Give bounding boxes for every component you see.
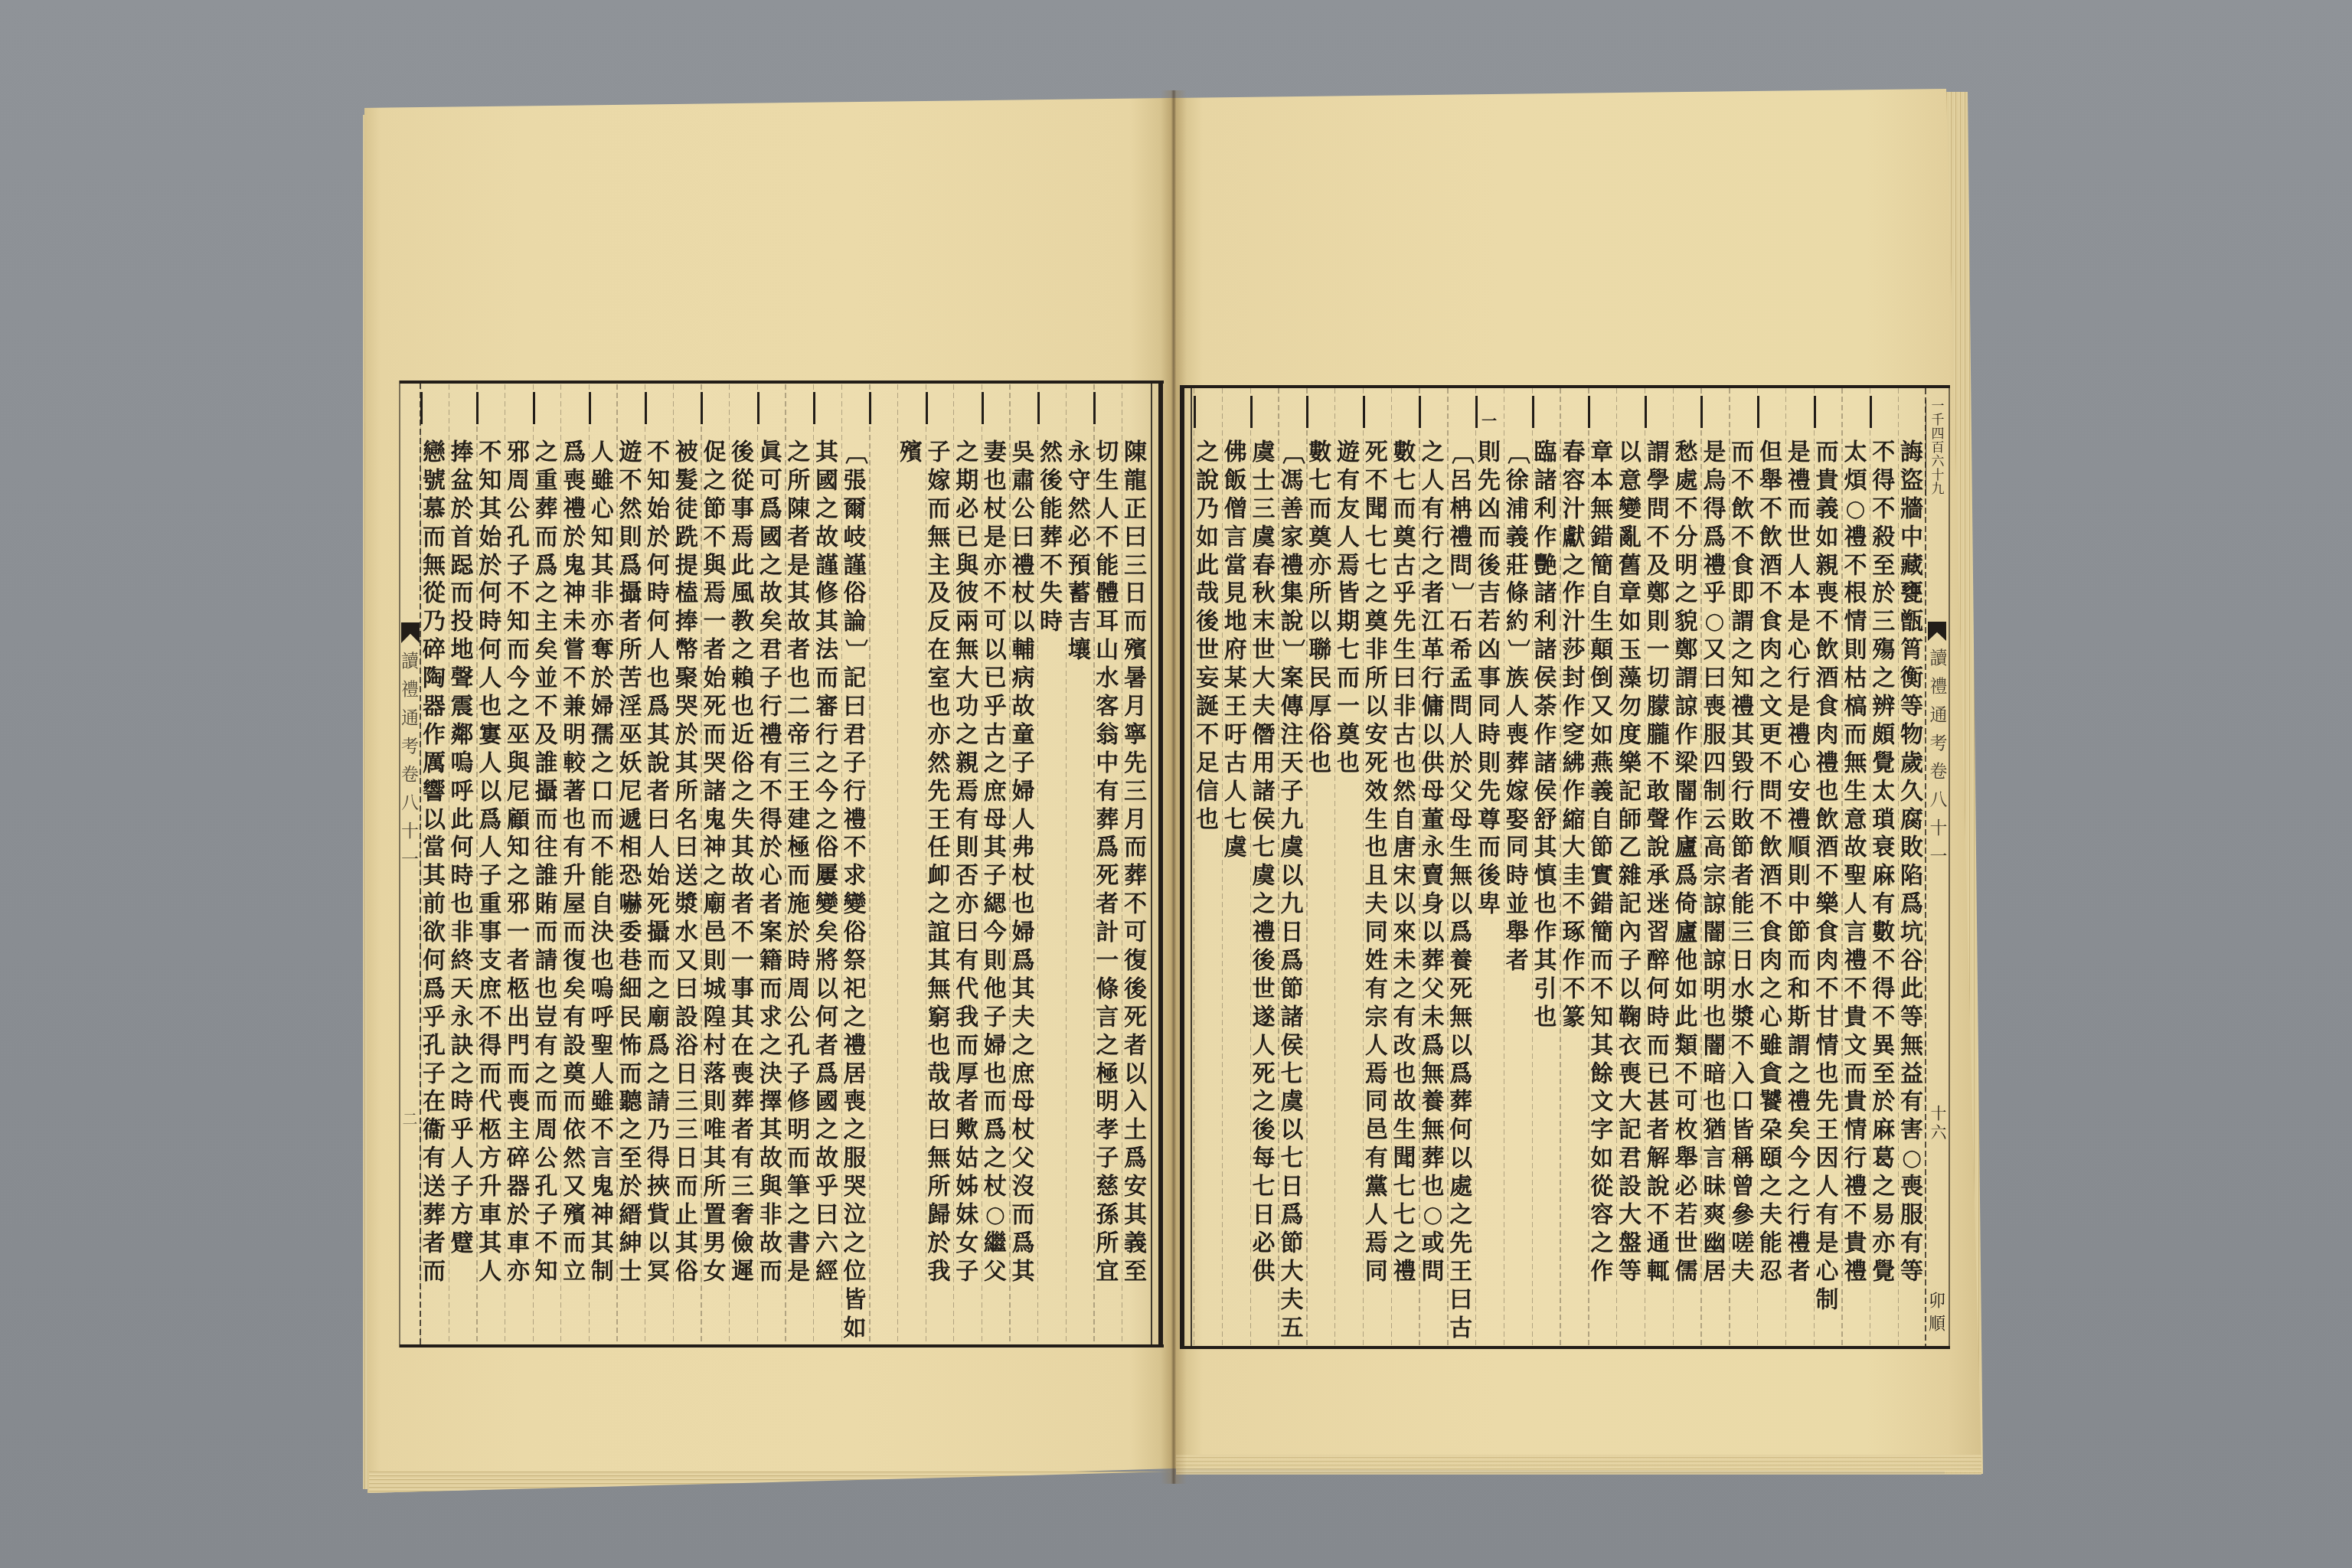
glyph: 於 [785, 919, 813, 947]
glyph: 母 [981, 806, 1009, 835]
glyph: 曰 [672, 975, 701, 1004]
glyph: 止 [672, 1201, 701, 1230]
glyph: 安 [1785, 778, 1813, 806]
glyph: 庶 [1009, 1060, 1037, 1089]
glyph: 人 [645, 636, 673, 665]
glyph: 枚 [1672, 1116, 1700, 1145]
glyph: 慎 [1531, 862, 1560, 890]
glyph: 聯 [1306, 636, 1334, 665]
glyph: 信 [1194, 778, 1222, 806]
glyph: 巫 [505, 721, 533, 750]
glyph: 七 [1390, 467, 1419, 495]
glyph: 記 [841, 665, 869, 693]
glyph: 有 [420, 1145, 449, 1173]
text-column: 不得不殺至於三殤之辨頗覺太瑣衰麻有數不得不異至於麻葛之易亦覺 [1870, 439, 1898, 1354]
glyph: 肉 [1813, 947, 1841, 975]
glyph: 作 [1672, 721, 1700, 750]
glyph: 之 [841, 1230, 869, 1258]
glyph: 而 [1841, 721, 1870, 750]
glyph: 子 [476, 862, 505, 890]
glyph: 古 [1221, 750, 1249, 778]
glyph: 聽 [616, 1088, 645, 1116]
glyph: 奠 [560, 1060, 589, 1089]
glyph: 注 [1278, 721, 1306, 750]
glyph: 屢 [813, 862, 841, 890]
glyph: 尊 [1475, 806, 1504, 835]
glyph: 解 [1644, 1145, 1672, 1173]
glyph: 唐 [1390, 834, 1419, 862]
glyph: 歸 [925, 1201, 953, 1230]
glyph: 奪 [589, 636, 617, 665]
glyph: 人 [476, 1258, 505, 1286]
glyph: 鬼 [701, 806, 729, 835]
glyph: 爲 [1093, 834, 1122, 862]
glyph: 一 [1644, 636, 1672, 665]
glyph: 之 [981, 750, 1009, 778]
glyph: 葛 [1870, 1145, 1898, 1173]
glyph: 暑 [1122, 665, 1150, 693]
glyph: 切 [1644, 665, 1672, 693]
glyph: 喪 [560, 467, 589, 495]
glyph: 可 [1672, 1088, 1700, 1116]
glyph: 今 [813, 778, 841, 806]
glyph: 君 [756, 636, 785, 665]
glyph: 知 [476, 467, 505, 495]
glyph: 身 [1419, 890, 1447, 919]
glyph: 衞 [420, 1116, 449, 1145]
glyph: 葬 [1093, 806, 1122, 835]
glyph: 是 [785, 1258, 813, 1286]
glyph: 人 [476, 665, 505, 693]
glyph: 獻 [1560, 524, 1588, 552]
glyph: 皆 [841, 1286, 869, 1315]
glyph: 之 [813, 495, 841, 524]
glyph: 其 [925, 947, 953, 975]
glyph: 正 [1122, 495, 1150, 524]
glyph: 府 [1221, 636, 1249, 665]
glyph: 不 [1729, 1032, 1757, 1060]
glyph: 否 [953, 862, 982, 890]
glyph: 期 [953, 467, 982, 495]
glyph: 而 [560, 1230, 589, 1258]
glyph: 善 [1278, 495, 1306, 524]
glyph: 之 [841, 1004, 869, 1032]
glyph: 杖 [1009, 1116, 1037, 1145]
glyph: 禮 [1785, 806, 1813, 835]
glyph: 讀 [400, 648, 420, 676]
glyph: 攝 [616, 580, 645, 608]
glyph: 無 [1419, 1060, 1447, 1089]
glyph: 禮 [1813, 750, 1841, 778]
glyph: 知 [645, 467, 673, 495]
glyph: 臨 [1531, 439, 1560, 467]
glyph: 作 [1531, 721, 1560, 750]
glyph: 乃 [645, 1116, 673, 1145]
glyph: 爲 [1672, 862, 1700, 890]
glyph: 也 [1194, 806, 1222, 835]
glyph: 也 [1390, 1060, 1419, 1089]
glyph: 禮 [1785, 721, 1813, 750]
glyph: 異 [1870, 1032, 1898, 1060]
glyph: 王 [1221, 693, 1249, 721]
glyph: 之 [729, 636, 757, 665]
glyph: 錯 [1588, 524, 1616, 552]
glyph: 口 [589, 778, 617, 806]
glyph: 方 [476, 1145, 505, 1173]
glyph: 於 [645, 524, 673, 552]
glyph: 無 [1447, 1004, 1475, 1032]
glyph: 諒 [1700, 890, 1729, 919]
glyph: 也 [729, 693, 757, 721]
glyph: 貴 [1813, 467, 1841, 495]
glyph: 切 [1093, 439, 1122, 467]
glyph: 焉 [729, 524, 757, 552]
glyph: 矣 [560, 975, 589, 1004]
glyph: 葬 [1037, 524, 1066, 552]
glyph: 爲 [1419, 1032, 1447, 1060]
glyph: 人 [1009, 806, 1037, 835]
glyph: 爲 [1278, 947, 1306, 975]
glyph: 不 [1560, 975, 1588, 1004]
glyph: 生 [1841, 778, 1870, 806]
glyph: 記 [1616, 778, 1645, 806]
glyph: 曰 [1122, 524, 1150, 552]
glyph: 何 [476, 636, 505, 665]
glyph: 窆 [1560, 721, 1588, 750]
glyph: 人 [1334, 524, 1363, 552]
glyph: 虞 [1249, 439, 1278, 467]
glyph: 之 [1757, 665, 1785, 693]
glyph: 主 [532, 608, 560, 636]
glyph: 非 [589, 580, 617, 608]
glyph: 聖 [1841, 862, 1870, 890]
glyph: 榼 [672, 580, 701, 608]
glyph: 有 [756, 750, 785, 778]
glyph: 求 [841, 862, 869, 890]
glyph: 言 [589, 1145, 617, 1173]
glyph: 以 [1362, 693, 1390, 721]
glyph: 〔 [1278, 439, 1306, 467]
glyph: 窮 [925, 1004, 953, 1032]
glyph: 故 [729, 862, 757, 890]
glyph: 飲 [1813, 636, 1841, 665]
glyph: 字 [1588, 1116, 1616, 1145]
glyph: 三 [1249, 495, 1278, 524]
glyph: 然 [1065, 495, 1093, 524]
glyph: 言 [1221, 524, 1249, 552]
glyph: 於 [476, 552, 505, 580]
text-column: 吳肅公曰禮杖以輔病故童子婦人弗杖也婦爲其夫之庶母杖父沒而爲其 [1009, 439, 1037, 1354]
glyph: 經 [813, 1258, 841, 1286]
text-column: 陳龍正曰三日而殯暑月寧先三月而葬不可復後死者以入土爲安其義至 [1122, 439, 1150, 1354]
glyph: 藻 [1616, 665, 1645, 693]
glyph: 等 [1616, 1258, 1645, 1286]
glyph: 而 [1841, 1060, 1870, 1089]
text-column: 是烏得爲禮乎○又曰喪服四制云高宗諒闇諒明也闇暗也猶言昧爽幽居 [1700, 439, 1729, 1354]
glyph: 此 [729, 552, 757, 580]
glyph: 公 [505, 495, 533, 524]
glyph: 已 [1644, 1060, 1672, 1089]
glyph: 僭 [1249, 721, 1278, 750]
glyph: 我 [953, 1004, 982, 1032]
glyph: 其 [701, 1145, 729, 1173]
glyph: 玉 [1616, 636, 1645, 665]
page-edge-stack-bottom-right [1176, 1455, 1981, 1475]
right-frame-inner-border [1191, 387, 1192, 1347]
glyph: 禮 [1729, 693, 1757, 721]
glyph: 人 [1249, 1032, 1278, 1060]
glyph: 百 [1926, 441, 1949, 455]
glyph: 也 [645, 665, 673, 693]
glyph: 決 [589, 919, 617, 947]
glyph: 謂 [1729, 608, 1757, 636]
glyph: 作 [1560, 947, 1588, 975]
glyph: 而 [925, 495, 953, 524]
glyph: 千 [1926, 413, 1949, 427]
glyph: 不 [476, 439, 505, 467]
glyph: 柩 [505, 975, 533, 1004]
glyph: 節 [1785, 919, 1813, 947]
text-column: 遊有友人焉皆期七而一奠也 [1334, 439, 1363, 1354]
glyph: 而 [1122, 608, 1150, 636]
glyph: 失 [729, 806, 757, 835]
glyph: 緦 [981, 890, 1009, 919]
glyph: 寠 [476, 721, 505, 750]
glyph: 貲 [645, 1201, 673, 1230]
glyph: 節 [1278, 975, 1306, 1004]
glyph: 嘗 [560, 636, 589, 665]
text-column: 妻也杖是亦不可以已乎古之庶母其子緦今則他子婦也而爲之杖○繼父 [981, 439, 1009, 1354]
glyph: 幣 [672, 636, 701, 665]
glyph: 泣 [841, 1201, 869, 1230]
glyph: 而 [1390, 495, 1419, 524]
glyph: 亦 [1870, 1230, 1898, 1258]
glyph: 而 [560, 1088, 589, 1116]
glyph: 車 [505, 1230, 533, 1258]
glyph: 毀 [1729, 750, 1757, 778]
glyph: 先 [1390, 608, 1419, 636]
glyph: 之 [981, 1145, 1009, 1173]
glyph: 養 [1419, 1088, 1447, 1116]
glyph: 凶 [1475, 636, 1504, 665]
glyph: 名 [672, 806, 701, 835]
glyph: 縉 [616, 1201, 645, 1230]
text-column: 然後能葬不失時 [1037, 439, 1066, 1354]
glyph: 不 [1813, 862, 1841, 890]
glyph: ○ [981, 1201, 1009, 1230]
glyph: 宗 [1700, 862, 1729, 890]
glyph: 子 [841, 750, 869, 778]
glyph: 食 [1729, 552, 1757, 580]
glyph: 爲 [1009, 947, 1037, 975]
left-frame-top-rule [400, 381, 1164, 384]
glyph: 支 [476, 947, 505, 975]
glyph: 庶 [981, 778, 1009, 806]
glyph: 一 [1927, 843, 1950, 871]
glyph: 自 [1588, 806, 1616, 835]
glyph: 其 [1122, 1201, 1150, 1230]
glyph: 柩 [476, 1116, 505, 1145]
glyph: 子 [785, 1060, 813, 1089]
glyph: 中 [1898, 524, 1926, 552]
glyph: 生 [1390, 636, 1419, 665]
glyph: 言 [1841, 919, 1870, 947]
glyph: 八 [1927, 786, 1950, 815]
glyph: 變 [813, 890, 841, 919]
glyph: 虞 [1249, 862, 1278, 890]
glyph: ○ [1700, 608, 1729, 636]
glyph: 生 [1447, 834, 1475, 862]
glyph: 內 [1616, 919, 1645, 947]
glyph: 前 [420, 890, 449, 919]
text-column: 〔徐浦義莊條約〕族人喪葬嫁娶同時並舉者 [1503, 439, 1531, 1354]
glyph: 行 [1729, 778, 1757, 806]
glyph: 周 [505, 467, 533, 495]
glyph: 案 [1278, 665, 1306, 693]
glyph: 必 [953, 495, 982, 524]
glyph: 口 [1729, 1088, 1757, 1116]
glyph: 子 [1616, 947, 1645, 975]
glyph: 後 [1249, 1116, 1278, 1145]
glyph: 審 [813, 693, 841, 721]
glyph: 董 [1419, 806, 1447, 835]
glyph: 行 [756, 693, 785, 721]
glyph: 酒 [1813, 665, 1841, 693]
glyph: 生 [1093, 467, 1122, 495]
glyph: 三 [1122, 552, 1150, 580]
glyph: 而 [785, 1145, 813, 1173]
glyph: 者 [1122, 1032, 1150, 1060]
glyph: 邑 [1362, 1116, 1390, 1145]
glyph: 婦 [1009, 778, 1037, 806]
glyph: 有 [953, 947, 982, 975]
glyph: 重 [532, 467, 560, 495]
glyph: 死 [1447, 975, 1475, 1004]
glyph: 有 [1870, 890, 1898, 919]
glyph: 通 [400, 704, 420, 733]
glyph: 期 [1334, 608, 1363, 636]
glyph: 記 [1616, 890, 1645, 919]
glyph: 迷 [1644, 890, 1672, 919]
glyph: 而 [532, 806, 560, 835]
glyph: 酒 [1813, 834, 1841, 862]
glyph: 細 [616, 975, 645, 1004]
glyph: 葬 [1419, 1145, 1447, 1173]
glyph: 一 [505, 919, 533, 947]
glyph: 而 [1644, 1032, 1672, 1060]
glyph: 其 [813, 439, 841, 467]
glyph: 無 [1419, 1116, 1447, 1145]
glyph: 之 [505, 693, 533, 721]
glyph: 故 [813, 524, 841, 552]
glyph: 不 [1729, 524, 1757, 552]
glyph: 子 [925, 439, 953, 467]
glyph: 害 [1898, 1116, 1926, 1145]
glyph: 曰 [1390, 665, 1419, 693]
glyph: 是 [981, 524, 1009, 552]
glyph: 處 [1672, 467, 1700, 495]
glyph: 而 [476, 1060, 505, 1089]
glyph: 作 [420, 721, 449, 750]
glyph: 投 [448, 608, 476, 636]
glyph: 居 [841, 1060, 869, 1089]
glyph: 於 [756, 834, 785, 862]
glyph: 此 [1194, 552, 1222, 580]
glyph: 昧 [1700, 1173, 1729, 1201]
glyph: 張 [841, 467, 869, 495]
glyph: 曰 [953, 919, 982, 947]
glyph: 爽 [1700, 1201, 1729, 1230]
glyph: 繼 [981, 1230, 1009, 1258]
glyph: 虞 [1221, 834, 1249, 862]
glyph: 意 [1841, 806, 1870, 835]
glyph: 甕 [1898, 580, 1926, 608]
glyph: 著 [560, 778, 589, 806]
glyph: 說 [1278, 608, 1306, 636]
glyph: 烏 [1700, 467, 1729, 495]
glyph: 俗 [729, 750, 757, 778]
glyph: 決 [756, 1060, 785, 1089]
glyph: 必 [1672, 1173, 1700, 1201]
glyph: 爲 [756, 495, 785, 524]
glyph: 得 [1700, 495, 1729, 524]
glyph: 雖 [589, 467, 617, 495]
glyph: 也 [476, 693, 505, 721]
glyph: 國 [813, 1088, 841, 1116]
glyph: 以 [476, 778, 505, 806]
glyph: 之 [1419, 439, 1447, 467]
glyph: 順 [1785, 834, 1813, 862]
glyph: 大 [1278, 1258, 1306, 1286]
glyph: 之 [1588, 1230, 1616, 1258]
glyph: 先 [1122, 750, 1150, 778]
glyph: 先 [1447, 1230, 1475, 1258]
glyph: 筲 [1898, 636, 1926, 665]
glyph: 奠 [1362, 608, 1390, 636]
glyph: 其 [672, 1230, 701, 1258]
glyph: 虞 [1278, 1088, 1306, 1116]
glyph: 同 [1503, 834, 1531, 862]
glyph: 安 [1362, 721, 1390, 750]
margin-book-title: 讀禮通考卷八十一 [1927, 645, 1950, 871]
glyph: 也 [1419, 1173, 1447, 1201]
glyph: 荼 [1531, 693, 1560, 721]
glyph: 〕 [1278, 636, 1306, 665]
glyph: 心 [589, 495, 617, 524]
glyph: 生 [1390, 1116, 1419, 1145]
glyph: 不 [1870, 495, 1898, 524]
glyph: 節 [1588, 834, 1616, 862]
glyph: 不 [1644, 1201, 1672, 1230]
glyph: 先 [1475, 778, 1504, 806]
glyph: 至 [616, 1145, 645, 1173]
glyph: 帝 [785, 721, 813, 750]
glyph: 貌 [1672, 608, 1700, 636]
glyph: 某 [1221, 665, 1249, 693]
glyph: 未 [560, 608, 589, 636]
glyph: 也 [1700, 1088, 1729, 1116]
glyph: 而 [1785, 947, 1813, 975]
glyph: 得 [476, 1032, 505, 1060]
glyph: 人 [1841, 890, 1870, 919]
glyph: 攝 [645, 919, 673, 947]
glyph: 麻 [1870, 862, 1898, 890]
glyph: 顧 [505, 806, 533, 835]
glyph: 貪 [1757, 1060, 1785, 1089]
glyph: 人 [1419, 467, 1447, 495]
glyph: 問 [1447, 552, 1475, 580]
glyph: 事 [476, 919, 505, 947]
